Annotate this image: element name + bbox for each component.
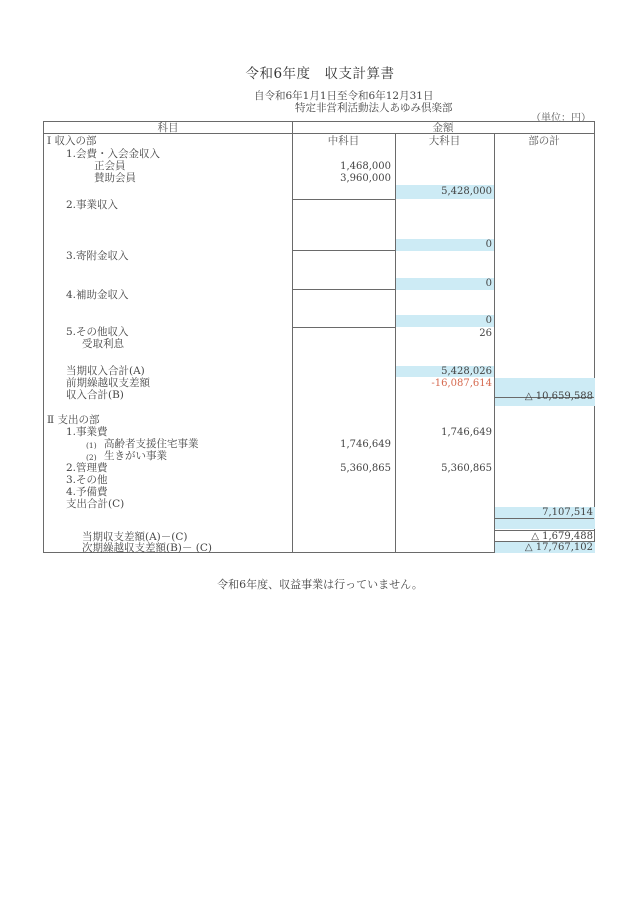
admin-expense-total: 5,360,865 [395, 463, 492, 475]
carryover-value: -16,087,614 [395, 378, 492, 390]
sub-row-line [292, 250, 395, 251]
donations-label: 3.寄附金収入 [66, 250, 129, 262]
project-expense-label: 1.事業費 [66, 426, 108, 438]
reserve-label: 4.予備費 [66, 486, 108, 498]
other-expense-label: 3.その他 [66, 474, 108, 486]
income-expense-table: 科目 金額 中科目 大科目 部の計 Ⅰ 収入の部 1.会費・入会金収入 正会員 … [43, 121, 595, 553]
income-grand-total-value: △ 10,659,588 [494, 391, 593, 403]
current-income-total-value: 5,428,026 [395, 366, 492, 378]
fees-total: 5,428,000 [395, 186, 492, 198]
next-carryover-label: 次期繰越収支差額(B)－ (C) [82, 542, 212, 554]
next-carryover-value: △ 17,767,102 [494, 542, 593, 554]
item1-number: (1) [86, 440, 97, 452]
interest-label: 受取利息 [82, 338, 124, 350]
expense-total-value: 7,107,514 [494, 507, 593, 519]
elderly-housing-label: 高齢者支援住宅事業 [104, 438, 199, 450]
sub-row-line [292, 327, 395, 328]
sub-row-line [292, 199, 395, 200]
regular-member-value: 1,468,000 [292, 161, 391, 173]
income-section-label: Ⅰ 収入の部 [47, 135, 97, 147]
column-divider-section [494, 133, 495, 552]
header-amount: 金額 [292, 122, 594, 134]
business-income-label: 2.事業収入 [66, 199, 118, 211]
supporting-member-label: 賛助会員 [94, 172, 136, 184]
income-grand-total-label: 収入合計(B) [66, 389, 124, 401]
header-section: 部の計 [494, 135, 594, 147]
business-income-total: 0 [395, 239, 492, 251]
admin-expense-sub-value: 5,360,865 [292, 463, 391, 475]
admin-expense-label: 2.管理費 [66, 462, 108, 474]
sub-row-line [292, 289, 395, 290]
expense-section-label: Ⅱ 支出の部 [47, 414, 99, 426]
organization-name: 特定非営利活動法人あゆみ倶楽部 [295, 100, 453, 115]
project-expense-total: 1,746,649 [395, 427, 492, 439]
interest-value: 26 [395, 328, 492, 340]
expense-total-label: 支出合計(C) [66, 498, 124, 510]
header-major: 大科目 [395, 135, 494, 147]
document-title: 令和6年度 収支計算書 [0, 62, 640, 82]
ikigai-label: 生きがい事業 [104, 450, 167, 462]
carryover-label: 前期繰越収支差額 [66, 377, 150, 389]
donations-total: 0 [395, 278, 492, 290]
header-item: 科目 [44, 122, 292, 134]
header-sub: 中科目 [292, 135, 395, 147]
footnote: 令和6年度、収益事業は行っていません。 [0, 576, 640, 592]
subsidies-label: 4.補助金収入 [66, 289, 129, 301]
subsidies-total: 0 [395, 315, 492, 327]
current-income-total-label: 当期収入合計(A) [66, 365, 145, 377]
regular-member-label: 正会員 [94, 160, 126, 172]
elderly-housing-value: 1,746,649 [292, 439, 391, 451]
column-divider-sub [292, 122, 293, 552]
supporting-member-value: 3,960,000 [292, 173, 391, 185]
other-income-label: 5.その他収入 [66, 326, 129, 338]
fees-label: 1.会費・入会金収入 [66, 148, 160, 160]
